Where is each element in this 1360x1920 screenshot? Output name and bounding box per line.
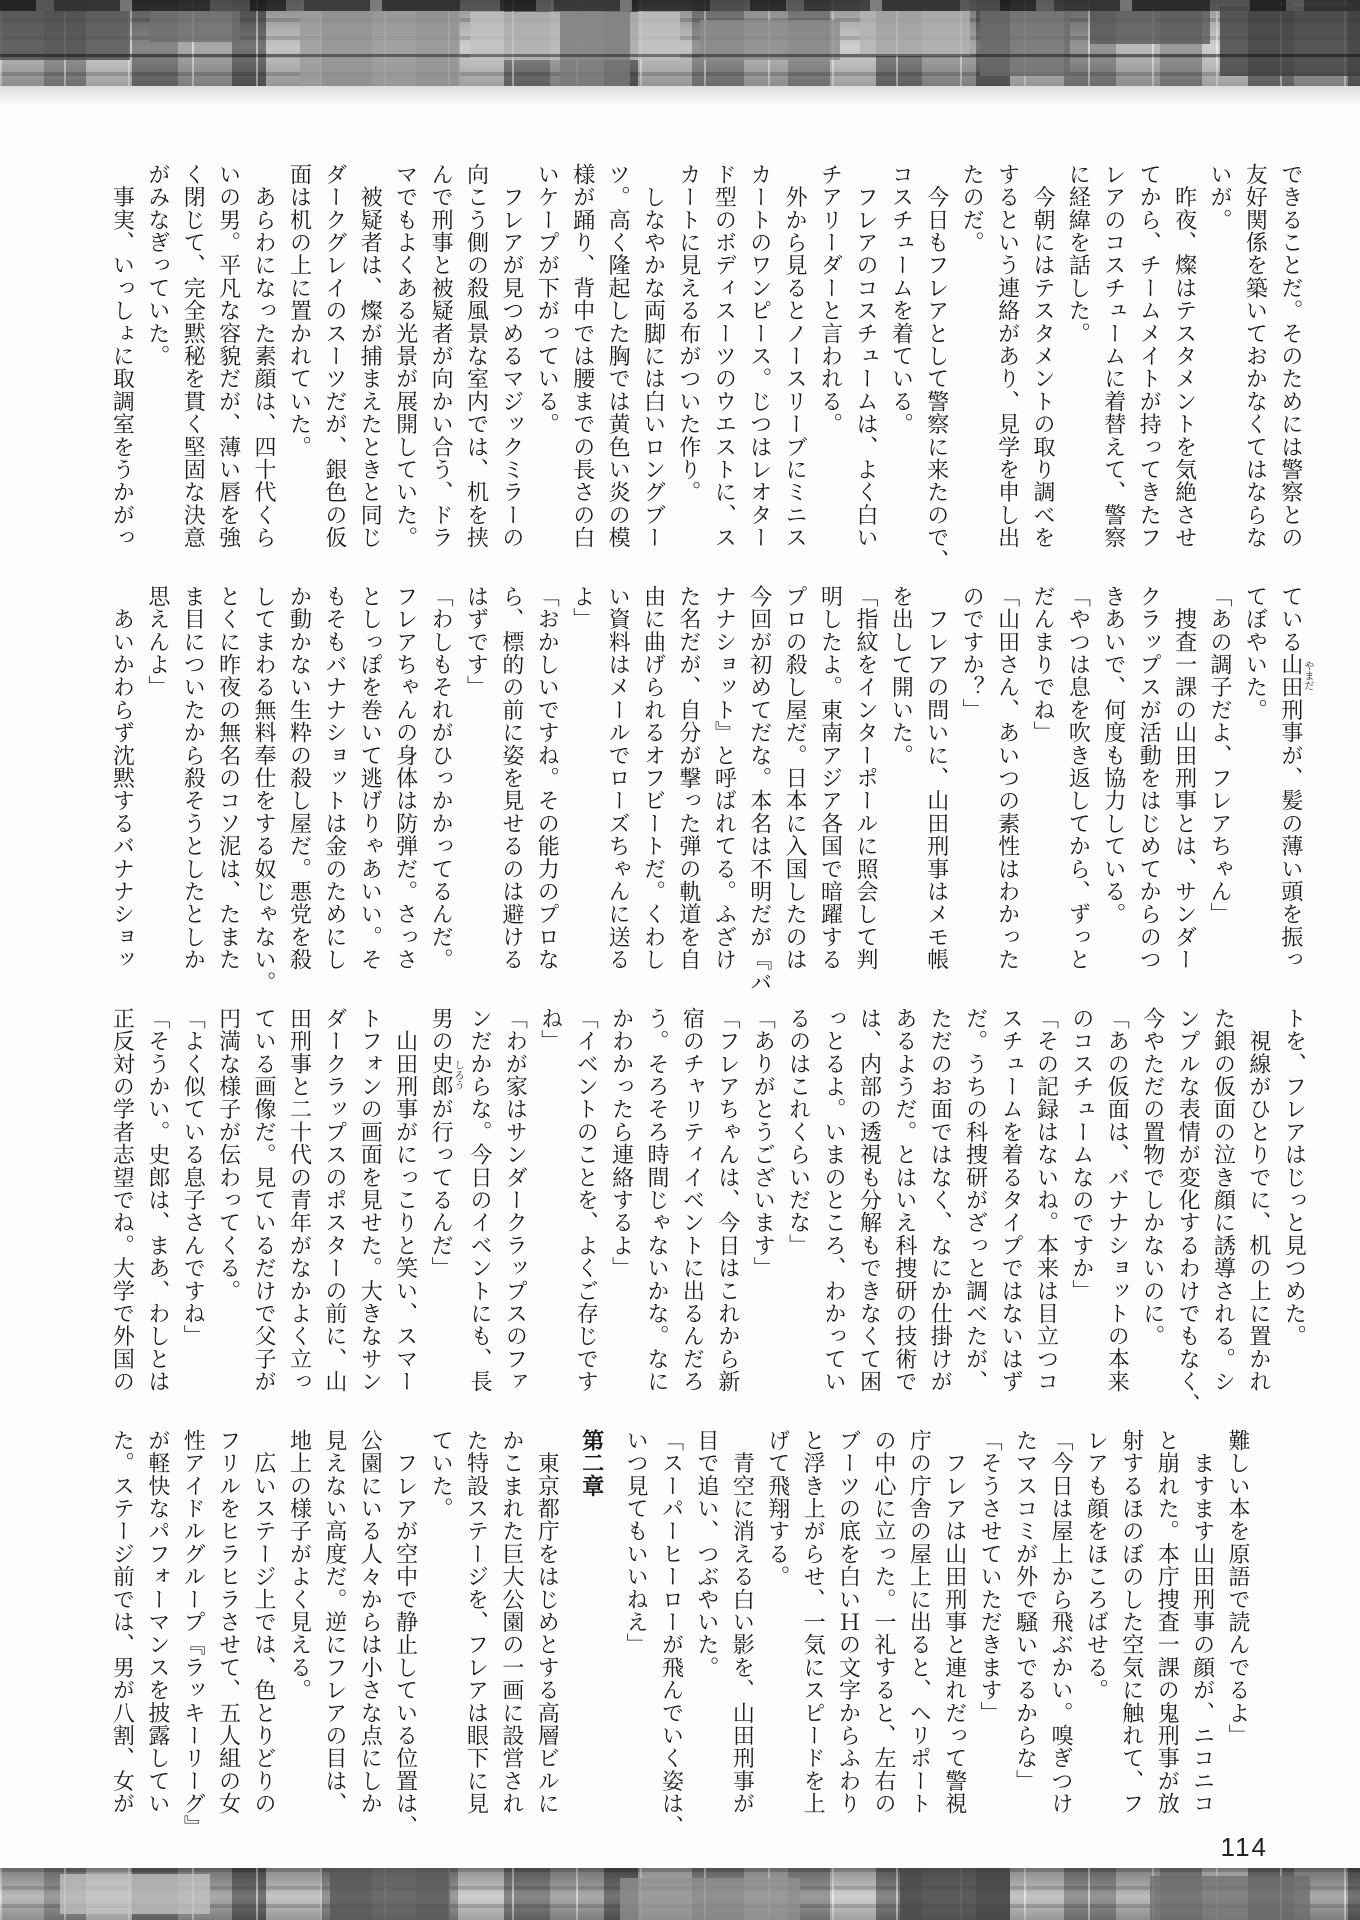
text-column: 「おかしいですね。その能力のプロな	[530, 585, 565, 971]
text-column: 今朝にはテスタメントの取り調べを	[1026, 163, 1061, 549]
text-column: が軽快なパフォーマンスを披露してい	[140, 1429, 175, 1815]
text-column: よ」	[565, 585, 600, 971]
text-column: う。そろそろ時間じゃないかな。なに	[640, 1007, 675, 1393]
text-column: だ。うちの科捜研がざっと調べたが、	[958, 1007, 993, 1393]
text-column: 様が踊り、背中では腰までの長さの白	[565, 163, 600, 549]
text-column: ブーツの底を白いＨの文字からふわり	[831, 1429, 866, 1815]
footer-art-block	[1150, 1876, 1310, 1920]
text-column: フレアが空中で静止している位置は、	[388, 1429, 423, 1815]
text-column: たのだ。	[955, 163, 990, 549]
text-column: てから、チームメイトが持ってきたフ	[1132, 163, 1167, 549]
header-art-top-strip	[0, 0, 1360, 11]
text-column: と浮き上がらせ、一気にスピードを上	[796, 1429, 831, 1815]
text-column: 「そうさせていただきます」	[973, 1429, 1008, 1815]
text-column: プロの殺し屋だ。日本に入国したのは	[778, 585, 813, 971]
text-column: と崩れた。本庁捜査一課の鬼刑事が放	[1150, 1429, 1185, 1815]
text-column: っとるよ。いまのところ、わかってい	[817, 1007, 852, 1393]
text-column: ツ。高く隆起した胸では黄色い炎の模	[601, 163, 636, 549]
text-column: ている山田やまだ刑事が、髪の薄い頭を振っ	[1273, 585, 1312, 971]
header-art-block	[1220, 6, 1360, 76]
chapter-heading: 第二章	[574, 1429, 609, 1815]
text-column: ダークグレイのスーツだが、銀色の仮	[317, 163, 352, 549]
text-column: 宿のチャリティイベントに出るんだろ	[675, 1007, 710, 1393]
text-column: フレアの問いに、山田刑事はメモ帳	[919, 585, 954, 971]
header-art-block	[560, 0, 630, 86]
footer-art-block	[900, 1868, 1010, 1920]
text-column: 「よく似ている息子さんですね」	[176, 1007, 211, 1393]
text-column: きあいで、何度も協力している。	[1096, 585, 1131, 971]
text-column: しなやかな両脚には白いロングブー	[636, 163, 671, 549]
text-column: いの男。平凡な容貌だが、薄い唇を強	[211, 163, 246, 549]
text-column: フレアが見つめるマジックミラーの	[494, 163, 529, 549]
text-column: 性アイドルグループ『ラッキーリーグ』	[176, 1429, 211, 1815]
text-column: いが。	[1203, 163, 1238, 549]
text-column: 視線がひとりでに、机の上に置かれ	[1242, 1007, 1277, 1393]
text-column: ま目についたから殺そうとしたとしか	[176, 585, 211, 971]
text-column: カートに見える布がついた作り。	[672, 163, 707, 549]
header-art-block	[150, 8, 240, 42]
text-column: 思えんよ」	[140, 585, 175, 971]
text-column: てぼやいた。	[1238, 585, 1273, 971]
text-column: 面は机の上に置かれていた。	[282, 163, 317, 549]
text-column: 正反対の学者志望でね。大学で外国の	[105, 1007, 140, 1393]
text-column: た。ステージ前では、男が八割、女が	[105, 1429, 140, 1815]
text-column: は、内部の透視も分解もできなくて困	[852, 1007, 887, 1393]
text-column: 円満な様子が伝わってくる。	[211, 1007, 246, 1393]
text-column: はずです」	[459, 585, 494, 971]
text-column: 「あの仮面は、バナナショットの本来	[1100, 1007, 1135, 1393]
text-column: あいかわらず沈黙するバナナショッ	[105, 585, 140, 971]
text-column: ナナショット』と呼ばれてる。ふざけ	[707, 585, 742, 971]
text-column: ダークラップスのポスターの前に、山	[317, 1007, 352, 1393]
text-column: クラップスが活動をはじめてからのつ	[1132, 585, 1167, 971]
text-column: に経緯を話した。	[1061, 163, 1096, 549]
text-column: だんまりでね」	[1026, 585, 1061, 971]
text-column: あらわになった素顔は、四十代くら	[247, 163, 282, 549]
text-column: 「やつは息を吹き返してから、ずっと	[1061, 585, 1096, 971]
text-column: とくに昨夜の無名のコソ泥は、たまた	[211, 585, 246, 971]
text-column: く閉じて、完全黙秘を貫く堅固な決意	[176, 163, 211, 549]
text-column: コスチュームを着ている。	[884, 163, 919, 549]
text-column: 「ありがとうございます」	[746, 1007, 781, 1393]
text-column: するという連絡があり、見学を申し出	[990, 163, 1025, 549]
text-column: 公園にいる人々からは小さな点にしか	[353, 1429, 388, 1815]
text-column: ね」	[533, 1007, 568, 1393]
text-column: の中心に立った。一礼すると、左右の	[867, 1429, 902, 1815]
text-column: か動かない生粋の殺し屋だ。悪党を殺	[282, 585, 317, 971]
text-column: 「わが家はサンダークラップスのファ	[498, 1007, 533, 1393]
text-band-1: できることだ。そのためには警察との友好関係を築いておかなくてはならないが。 昨夜…	[105, 163, 1309, 549]
text-column: 男の史郎しろうが行ってるんだ」	[424, 1007, 463, 1393]
text-column: ている画像だ。見ているだけで父子が	[247, 1007, 282, 1393]
text-column: フレアは山田刑事と連れだって警視	[937, 1429, 972, 1815]
text-column: ら、標的の前に姿を見せるのは避ける	[494, 585, 529, 971]
text-column: 「そうかい。史郎は、まあ、わしとは	[140, 1007, 175, 1393]
header-art-block	[300, 0, 460, 86]
text-column: 見えない高度だ。逆にフレアの目は、	[317, 1429, 352, 1815]
text-column: 向こう側の殺風景な室内では、机を挟	[459, 163, 494, 549]
text-column: レアも顔をほころばせる。	[1079, 1429, 1114, 1815]
text-column: ド型のボディスーツのウエストに、ス	[707, 163, 742, 549]
text-column: 「わしもそれがひっかかってるんだ。	[424, 585, 459, 971]
header-art-block	[980, 10, 1070, 76]
text-column: 捜査一課の山田刑事とは、サンダー	[1167, 585, 1202, 971]
text-column: カートのワンピース。じつはレオター	[742, 163, 777, 549]
text-column: スチュームを着るタイプではないはず	[994, 1007, 1029, 1393]
text-column: 友好関係を築いておかなくてはならな	[1238, 163, 1273, 549]
text-column: 地上の様子がよく見える。	[282, 1429, 317, 1815]
text-column: 東京都庁をはじめとする高層ビルに	[530, 1429, 565, 1815]
text-column: 「指紋をインターポールに照会して判	[849, 585, 884, 971]
text-column: チアリーダーと言われる。	[813, 163, 848, 549]
text-column: ますます山田刑事の顔が、ニコニコ	[1185, 1429, 1220, 1815]
header-decorative-art	[0, 0, 1360, 86]
text-column: トを、フレアはじっと見つめた。	[1277, 1007, 1312, 1393]
text-column: してまわる無料奉仕をする奴じゃない。	[247, 585, 282, 971]
text-column: 事実、いっしょに取調室をうかがっ	[105, 163, 140, 549]
text-column: 広いステージ上では、色とりどりの	[247, 1429, 282, 1815]
text-column: 今回が初めてだな。本名は不明だが『バ	[742, 585, 777, 971]
footer-art-block	[620, 1878, 800, 1920]
header-fade	[0, 86, 1360, 106]
footer-decorative-art	[0, 1868, 1360, 1920]
text-column: 今やただの置物でしかないのに。	[1135, 1007, 1170, 1393]
text-column: い資料はメールでローズちゃんに送る	[601, 585, 636, 971]
text-column: 「今日は屋上から飛ぶかい。嗅ぎつけ	[1044, 1429, 1079, 1815]
text-column: た銀の仮面の泣き顔に誘導される。シ	[1206, 1007, 1241, 1393]
text-column: いつ見てもいいねえ」	[619, 1429, 654, 1815]
text-column: 被疑者は、燦が捕まえたときと同じ	[353, 163, 388, 549]
text-column: 難しい本を原語で読んでるよ」	[1221, 1429, 1256, 1815]
text-column: のコスチュームなのですか」	[1064, 1007, 1099, 1393]
text-band-2: ている山田やまだ刑事が、髪の薄い頭を振ってぼやいた。「あの調子だよ、フレアちゃん…	[105, 585, 1312, 971]
text-column: 「フレアちゃんは、今日はこれから新	[710, 1007, 745, 1393]
text-column: たマスコミが外で騒いでるからな」	[1008, 1429, 1043, 1815]
text-column: た特設ステージを、フレアは眼下に見	[459, 1429, 494, 1815]
text-column: るのはこれくらいだな」	[781, 1007, 816, 1393]
text-column: 由に曲げられるオフビートだ。くわし	[636, 585, 671, 971]
text-column: のですか？」	[955, 585, 990, 971]
text-column: 「スーパーヒーローが飛んでいく姿は、	[654, 1429, 689, 1815]
text-column: かわかったら連絡するよ」	[604, 1007, 639, 1393]
text-column: 今日もフレアとして警察に来たので、	[919, 163, 954, 549]
text-column: できることだ。そのためには警察との	[1273, 163, 1308, 549]
text-column: 外から見るとノースリーブにミニス	[778, 163, 813, 549]
text-column: 庁の庁舎の屋上に出ると、ヘリポート	[902, 1429, 937, 1815]
text-column: フレアちゃんの身体は防弾だ。さっさ	[388, 585, 423, 971]
text-column: 目で追い、つぶやいた。	[690, 1429, 725, 1815]
text-column: フリルをヒラヒラさせて、五人組の女	[211, 1429, 246, 1815]
text-column: ただのお面ではなく、なにか仕掛けが	[923, 1007, 958, 1393]
text-column: 射するほのぼのした空気に触れて、フ	[1114, 1429, 1149, 1815]
text-column: マでもよくある光景が展開していた。	[388, 163, 423, 549]
text-band-3: トを、フレアはじっと見つめた。 視線がひとりでに、机の上に置かれた銀の仮面の泣き…	[105, 1007, 1312, 1393]
text-column: 明したよ。東南アジア各国で暗躍する	[813, 585, 848, 971]
text-column: 「あの調子だよ、フレアちゃん」	[1203, 585, 1238, 971]
header-art-line	[0, 54, 1360, 57]
text-column: ンだからな。今日のイベントにも、長	[463, 1007, 498, 1393]
text-column: た名だが、自分が撃った弾の軌道を自	[672, 585, 707, 971]
text-column: んで刑事と被疑者が向かい合う、ドラ	[424, 163, 459, 549]
text-column: レアのコスチュームに着替えて、警察	[1096, 163, 1131, 549]
text-column: 「イベントのことを、よくご存じです	[569, 1007, 604, 1393]
text-column: 「山田さん、あいつの素性はわかった	[990, 585, 1025, 971]
text-column: もそもバナナショットは金のためにし	[317, 585, 352, 971]
footer-art-block	[330, 1868, 450, 1920]
page-number: 114	[1221, 1832, 1268, 1863]
text-band-4: 難しい本を原語で読んでるよ」 ますます山田刑事の顔が、ニコニコと崩れた。本庁捜査…	[105, 1429, 1256, 1815]
text-column: 昨夜、燦はテスタメントを気絶させ	[1167, 163, 1202, 549]
text-column: フレアのコスチュームは、よく白い	[849, 163, 884, 549]
footer-art-block	[60, 1874, 210, 1914]
text-area: できることだ。そのためには警察との友好関係を築いておかなくてはならないが。 昨夜…	[105, 163, 1310, 1851]
text-column: げて飛翔する。	[760, 1429, 795, 1815]
text-column: ていた。	[424, 1429, 459, 1815]
text-column: かこまれた巨大公園の一画に設営され	[494, 1429, 529, 1815]
text-column: トフォンの画面を見せた。大きなサン	[353, 1007, 388, 1393]
text-column: を出して開いた。	[884, 585, 919, 971]
text-column: 山田刑事がにっこりと笑い、スマー	[388, 1007, 423, 1393]
text-column: いケープが下がっている。	[530, 163, 565, 549]
text-column: がみなぎっていた。	[140, 163, 175, 549]
text-column: 「その記録はないね。本来は目立つコ	[1029, 1007, 1064, 1393]
text-column: ンプルな表情が変化するわけでもなく、	[1171, 1007, 1206, 1393]
text-column: あるようだ。とはいえ科捜研の技術で	[887, 1007, 922, 1393]
text-column: 田刑事と二十代の青年がなかよく立っ	[282, 1007, 317, 1393]
text-column: としっぽを巻いて逃げりゃあいい。そ	[353, 585, 388, 971]
text-column: 青空に消える白い影を、山田刑事が	[725, 1429, 760, 1815]
book-page: できることだ。そのためには警察との友好関係を築いておかなくてはならないが。 昨夜…	[0, 0, 1360, 1920]
